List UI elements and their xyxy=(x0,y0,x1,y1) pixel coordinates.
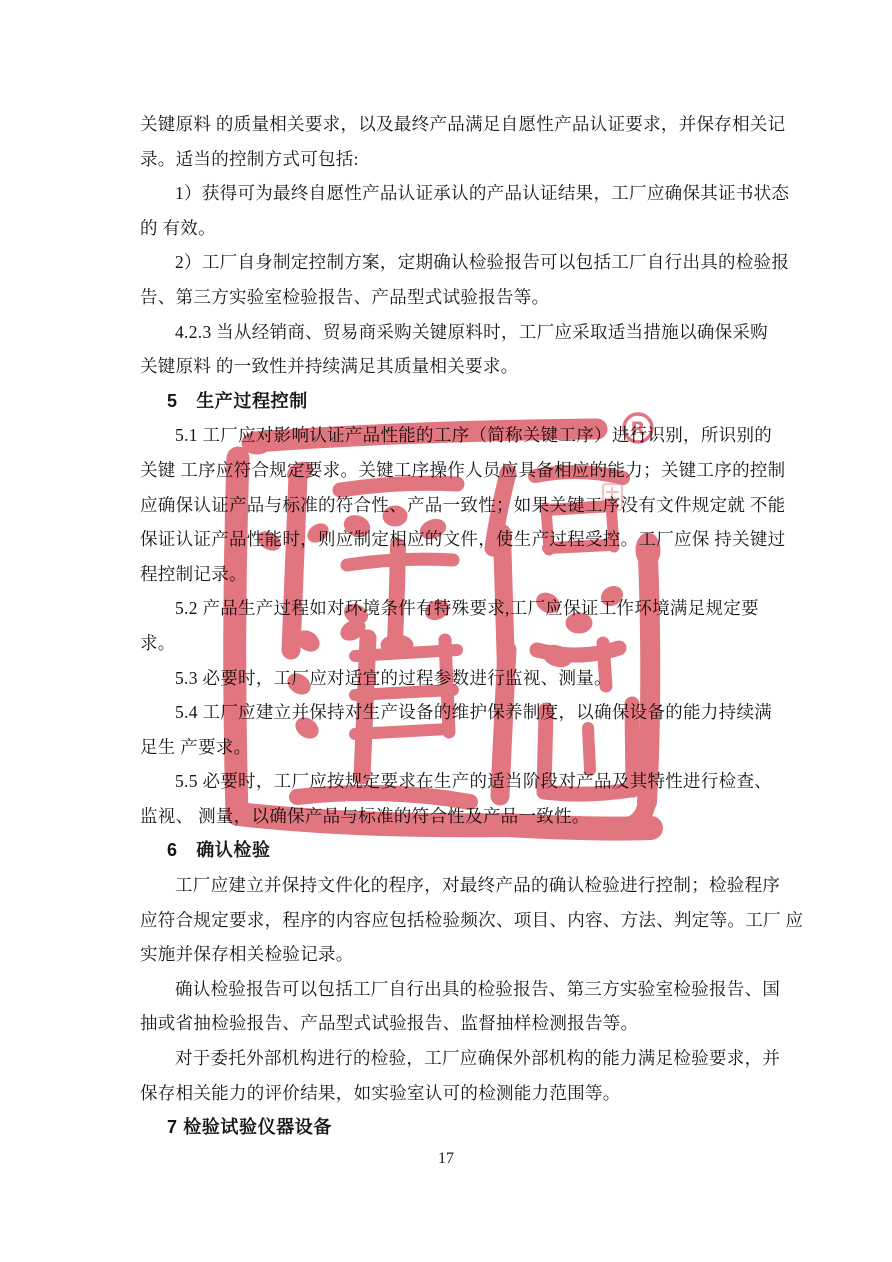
document-line: 确认检验报告可以包括工厂自行出具的检验报告、第三方实验室检验报告、国 xyxy=(140,972,766,1007)
section-heading: 7 检验试验仪器设备 xyxy=(140,1110,766,1145)
section-heading: 6 确认检验 xyxy=(140,833,766,868)
document-line: 1）获得可为最终自愿性产品认证承认的产品认证结果，工厂应确保其证书状态 xyxy=(140,176,766,211)
document-line: 告、第三方实验室检验报告、产品型式试验报告等。 xyxy=(140,280,766,315)
document-line: 5.5 必要时，工厂应按规定要求在生产的适当阶段对产品及其特性进行检查、 xyxy=(140,764,766,799)
document-line: 5.1 工厂应对影响认证产品性能的工序（简称关键工序）进行识别，所识别的 xyxy=(140,418,766,453)
page-number: 17 xyxy=(0,1150,892,1168)
document-line: 5.4 工厂应建立并保持对生产设备的维护保养制度，以确保设备的能力持续满 xyxy=(140,695,766,730)
document-line: 实施并保存相关检验记录。 xyxy=(140,937,766,972)
document-line: 关键原料 的质量相关要求，以及最终产品满足自愿性产品认证要求，并保存相关记 xyxy=(140,107,766,142)
document-line: 工厂应建立并保持文件化的程序，对最终产品的确认检验进行控制；检验程序 xyxy=(140,868,766,903)
document-line: 程控制记录。 xyxy=(140,557,766,592)
document-line: 保存相关能力的评价结果，如实验室认可的检测能力范围等。 xyxy=(140,1076,766,1111)
document-line: 应符合规定要求，程序的内容应包括检验频次、项目、内容、方法、判定等。工厂 应 xyxy=(140,903,766,938)
document-line: 录。适当的控制方式可包括: xyxy=(140,142,766,177)
document-line: 足生 产要求。 xyxy=(140,730,766,765)
document-line: 2）工厂自身制定控制方案，定期确认检验报告可以包括工厂自行出具的检验报 xyxy=(140,245,766,280)
document-line: 5.2 产品生产过程如对环境条件有特殊要求,工厂应保证工作环境满足规定要 xyxy=(140,591,766,626)
document-line: 5.3 必要时，工厂应对适宜的过程参数进行监视、测量。 xyxy=(140,661,766,696)
document-line: 4.2.3 当从经销商、贸易商采购关键原料时，工厂应采取适当措施以确保采购 xyxy=(140,315,766,350)
document-line: 应确保认证产品与标准的符合性、产品一致性；如果关键工序没有文件规定就 不能 xyxy=(140,488,766,523)
document-text-column: 关键原料 的质量相关要求，以及最终产品满足自愿性产品认证要求，并保存相关记录。适… xyxy=(140,107,766,1145)
document-line: 监视、 测量，以确保产品与标准的符合性及产品一致性。 xyxy=(140,799,766,834)
document-line: 关键原料 的一致性并持续满足其质量相关要求。 xyxy=(140,349,766,384)
document-line: 关键 工序应符合规定要求。关键工序操作人员应具备相应的能力；关键工序的控制 xyxy=(140,453,766,488)
section-heading: 5 生产过程控制 xyxy=(140,384,766,419)
document-line: 保证认证产品性能时，则应制定相应的文件，使生产过程受控。工厂应保 持关键过 xyxy=(140,522,766,557)
document-line: 抽或省抽检验报告、产品型式试验报告、监督抽样检测报告等。 xyxy=(140,1006,766,1041)
document-line: 求。 xyxy=(140,626,766,661)
document-page: 关键原料 的质量相关要求，以及最终产品满足自愿性产品认证要求，并保存相关记录。适… xyxy=(0,0,892,1262)
document-line: 的 有效。 xyxy=(140,211,766,246)
document-line: 对于委托外部机构进行的检验，工厂应确保外部机构的能力满足检验要求，并 xyxy=(140,1041,766,1076)
